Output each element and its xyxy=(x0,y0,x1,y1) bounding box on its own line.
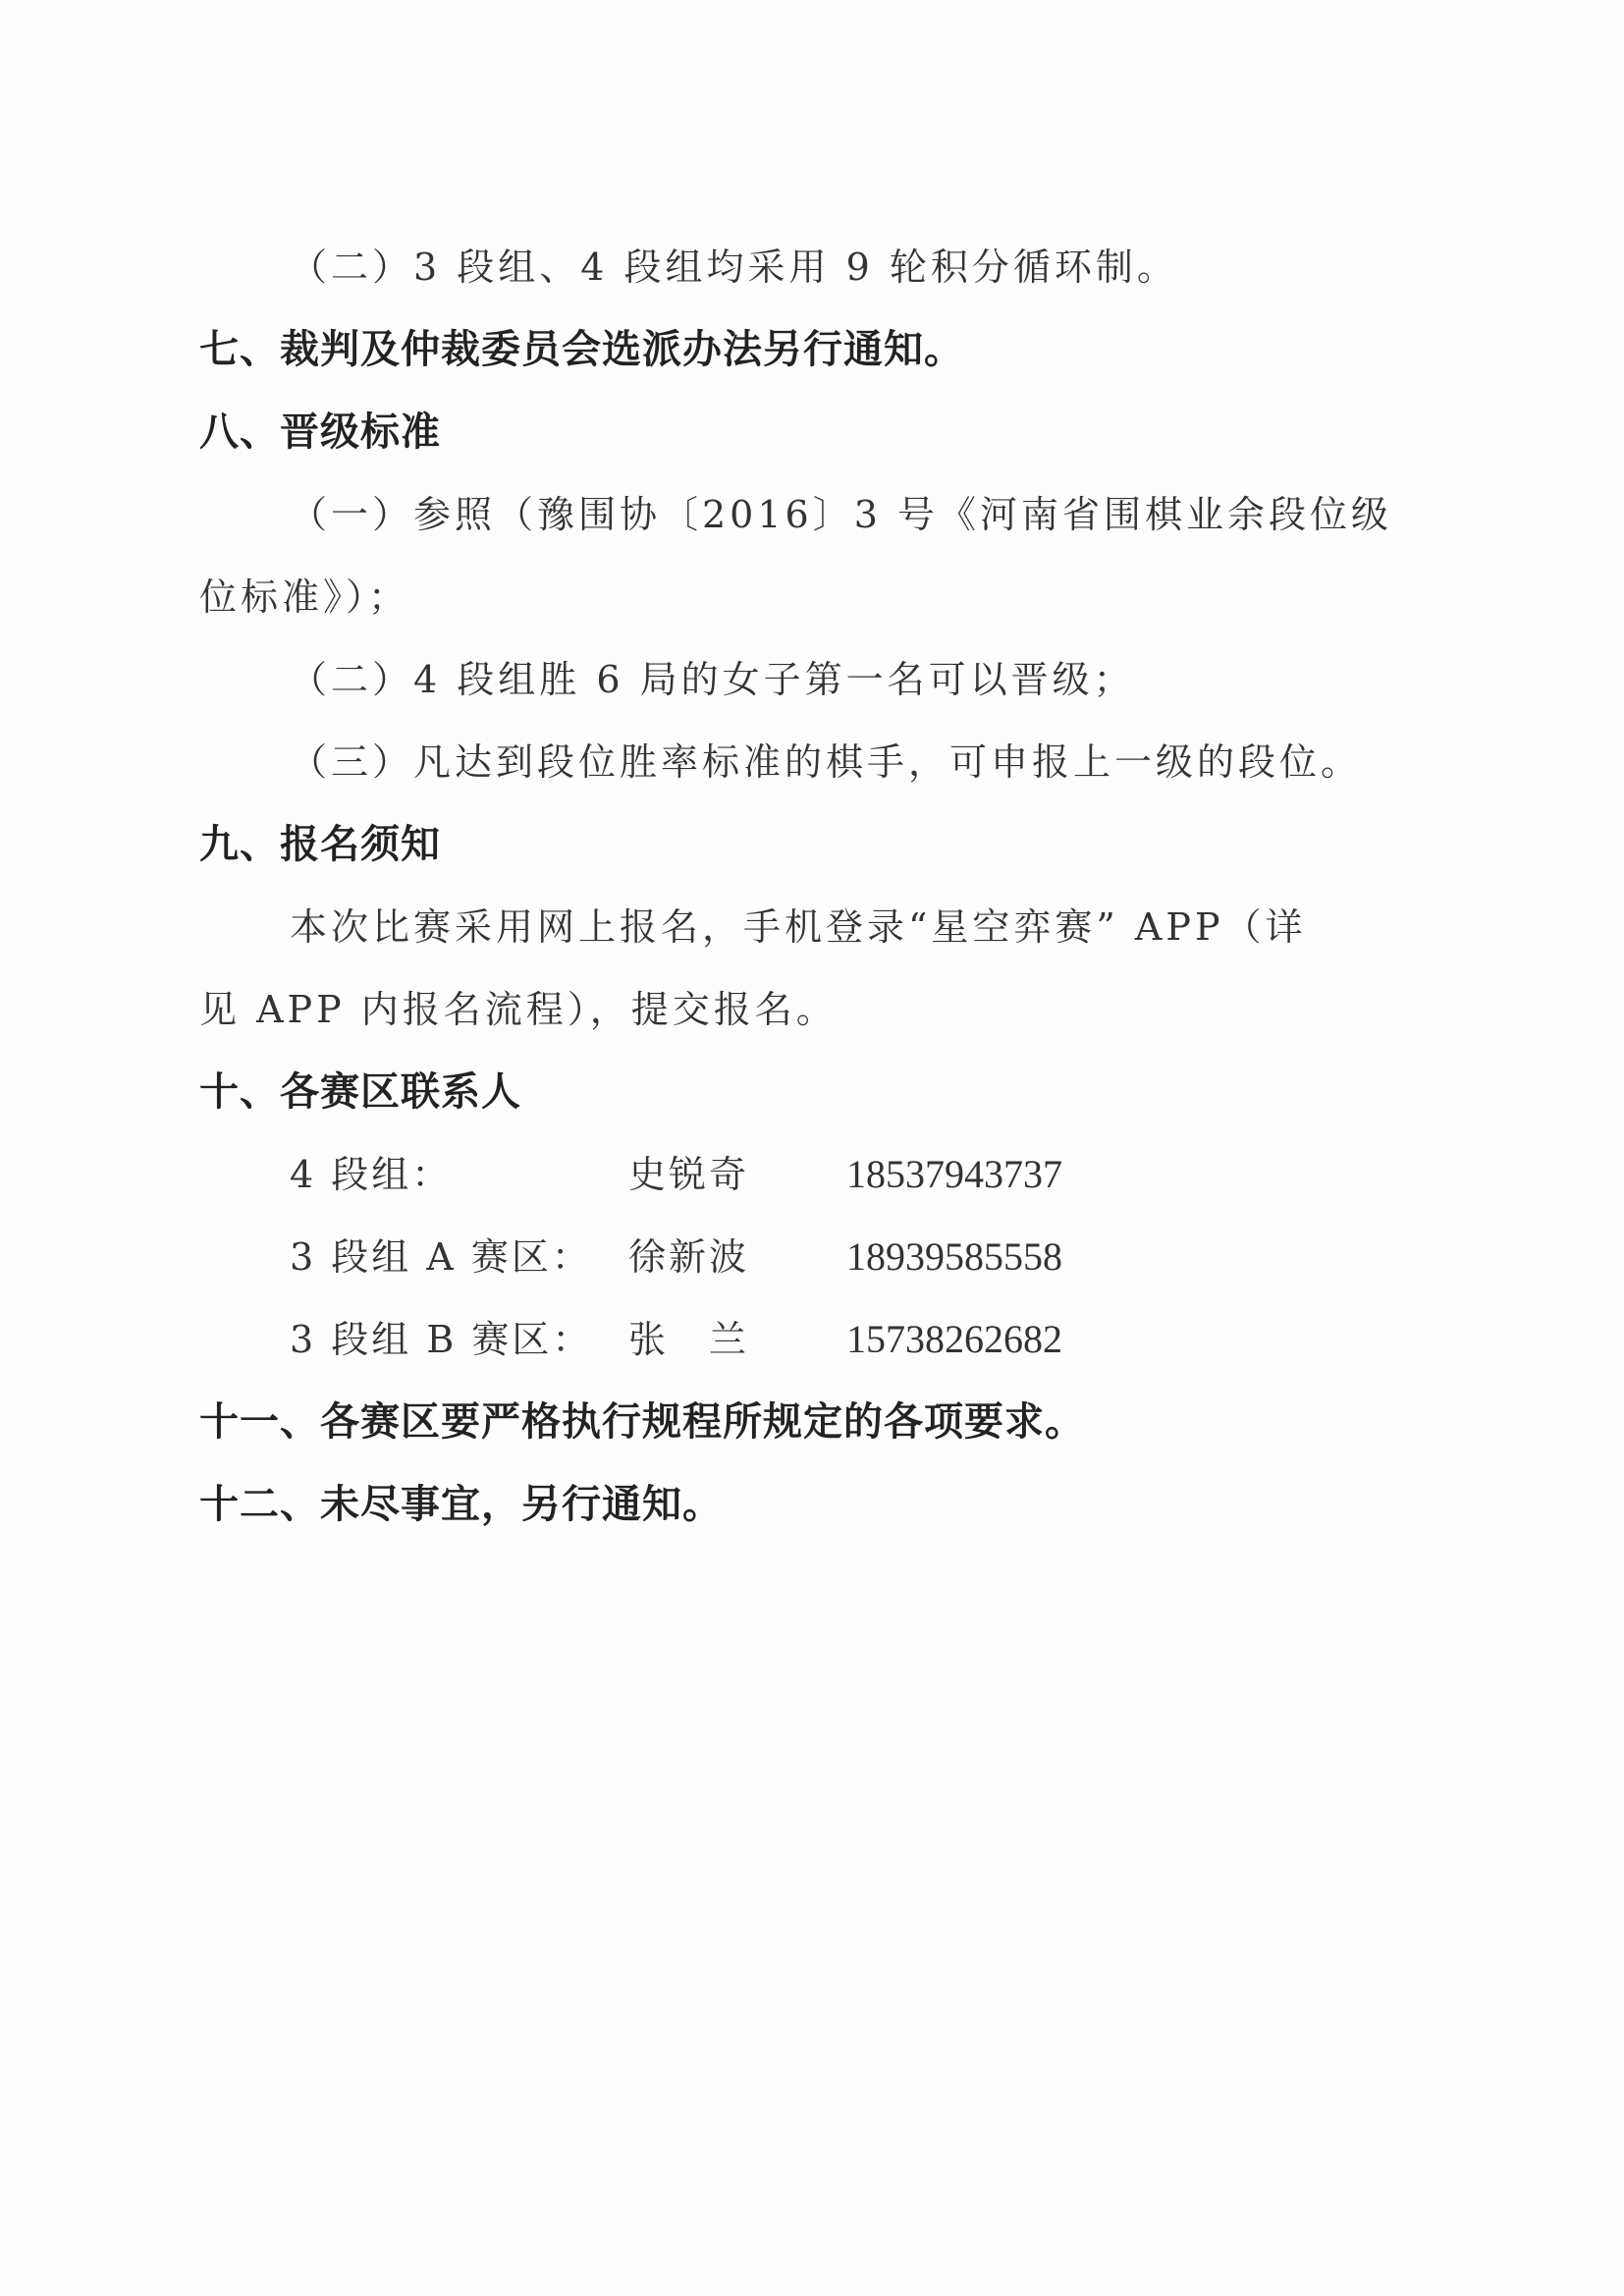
document-page: （二）3 段组、4 段组均采用 9 轮积分循环制。 七、裁判及仲裁委员会选派办法… xyxy=(0,0,1624,2296)
contact-name: 史锐奇 xyxy=(628,1145,749,1204)
section-7-heading: 七、裁判及仲裁委员会选派办法另行通知。 xyxy=(199,320,1397,379)
section-9-paragraph-line-2: 见 APP 内报名流程），提交报名。 xyxy=(199,980,1397,1039)
section-10-heading: 十、各赛区联系人 xyxy=(199,1063,1397,1121)
contact-group: 3 段组 A 赛区： xyxy=(290,1228,592,1286)
section-8-heading: 八、晋级标准 xyxy=(199,403,1397,462)
section-9-heading: 九、报名须知 xyxy=(199,815,1397,874)
contact-phone: 18537943737 xyxy=(846,1145,1062,1204)
section-8-item-2: （二）4 段组胜 6 局的女子第一名可以晋级； xyxy=(290,650,1488,709)
contact-phone: 18939585558 xyxy=(846,1228,1062,1286)
section-9-paragraph-line-1: 本次比赛采用网上报名，手机登录“星空弈赛” APP（详 xyxy=(290,898,1488,957)
contact-name: 徐新波 xyxy=(628,1228,749,1286)
contact-group: 4 段组： xyxy=(290,1145,452,1204)
contact-phone: 15738262682 xyxy=(846,1310,1062,1369)
section-8-item-3: （三）凡达到段位胜率标准的棋手，可申报上一级的段位。 xyxy=(290,733,1488,792)
rule-6-item-2: （二）3 段组、4 段组均采用 9 轮积分循环制。 xyxy=(290,238,1488,297)
section-12-heading: 十二、未尽事宜，另行通知。 xyxy=(199,1475,1397,1534)
section-11-heading: 十一、各赛区要严格执行规程所规定的各项要求。 xyxy=(199,1393,1397,1451)
contact-group: 3 段组 B 赛区： xyxy=(290,1310,592,1369)
section-8-item-1-line-1: （一）参照（豫围协〔2016〕3 号《河南省围棋业余段位级 xyxy=(290,485,1488,544)
contact-name: 张 兰 xyxy=(628,1310,749,1369)
section-8-item-1-line-2: 位标准》）； xyxy=(199,568,1397,627)
